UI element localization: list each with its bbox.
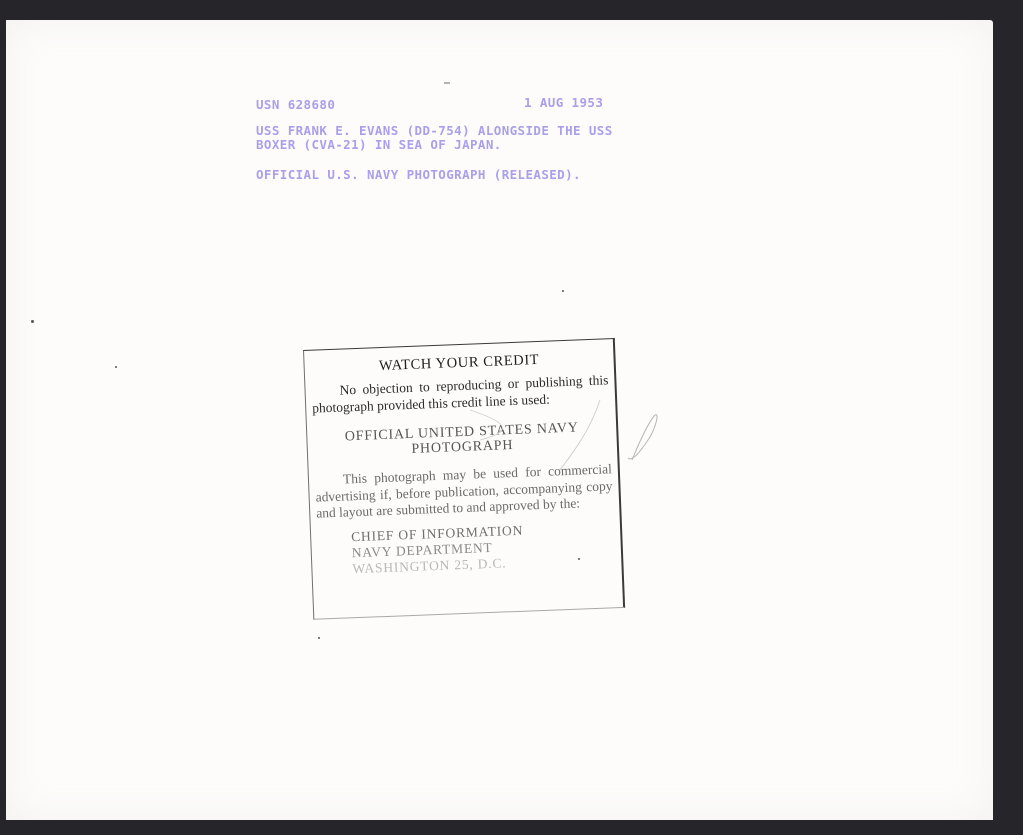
credit-paragraph-2: This photograph may be used for commerci… [315, 461, 614, 522]
usn-number: USN 628680 [256, 98, 335, 112]
release-note: OFFICIAL U.S. NAVY PHOTOGRAPH (RELEASED)… [256, 168, 581, 182]
speck [562, 290, 564, 292]
credit-line: OFFICIAL UNITED STATES NAVY PHOTOGRAPH [307, 419, 617, 461]
credit-paragraph-1: No objection to reproducing or publishin… [311, 372, 609, 416]
photo-caption: USS FRANK E. EVANS (DD-754) ALONGSIDE TH… [256, 124, 613, 152]
speck [578, 558, 580, 560]
credit-stamp: WATCH YOUR CREDIT No objection to reprod… [303, 338, 625, 620]
credit-address: CHIEF OF INFORMATION NAVY DEPARTMENT WAS… [351, 518, 622, 576]
photo-date: 1 AUG 1953 [524, 96, 603, 110]
caption-line-1: USS FRANK E. EVANS (DD-754) ALONGSIDE TH… [256, 123, 613, 138]
speck [31, 320, 34, 323]
caption-line-2: BOXER (CVA-21) IN SEA OF JAPAN. [256, 137, 502, 152]
pencil-tick-mark [444, 82, 450, 84]
speck [115, 366, 117, 368]
speck [318, 637, 320, 639]
